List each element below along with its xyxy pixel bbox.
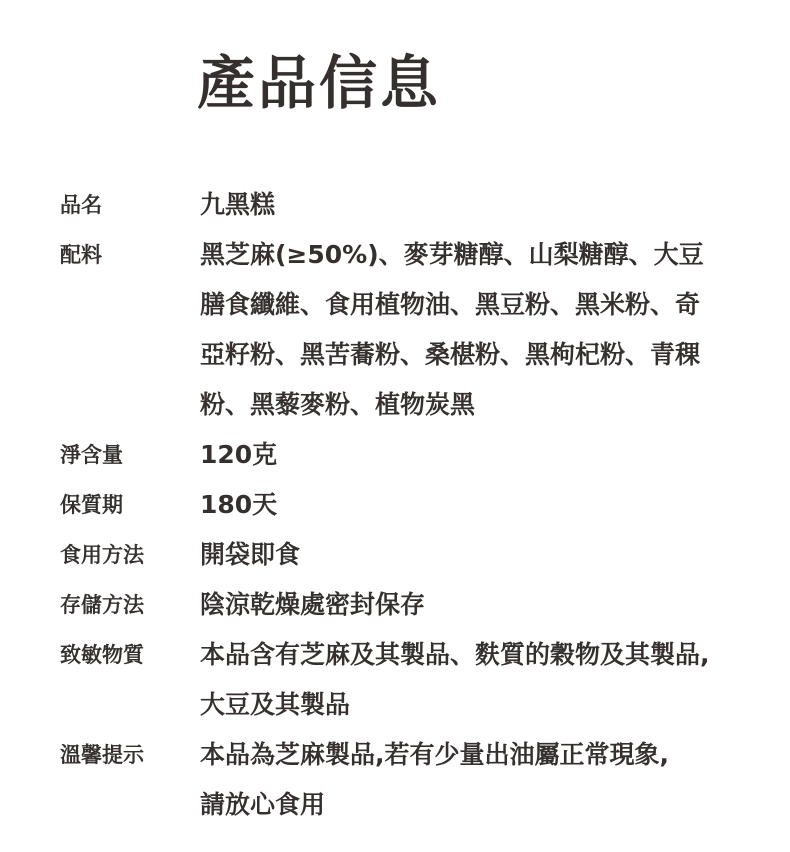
- info-label: 保質期: [60, 480, 200, 530]
- info-value: 九黑糕: [200, 180, 740, 230]
- info-label: 淨含量: [60, 430, 200, 480]
- info-label: 溫馨提示: [60, 730, 200, 780]
- info-label: 存儲方法: [60, 580, 200, 630]
- info-row-net-content: 淨含量 120克: [60, 430, 740, 480]
- info-row-tips: 溫馨提示 本品為芝麻製品,若有少量出油屬正常現象, 請放心食用: [60, 730, 740, 830]
- info-value: 180天: [200, 480, 740, 530]
- page-title: 產品信息: [197, 48, 790, 118]
- info-value: 黑芝麻(≥50%)、麥芽糖醇、山梨糖醇、大豆 膳食纖維、食用植物油、黑豆粉、黑米…: [200, 230, 740, 430]
- product-info-table: 品名 九黑糕 配料 黑芝麻(≥50%)、麥芽糖醇、山梨糖醇、大豆 膳食纖維、食用…: [60, 180, 740, 830]
- info-value: 本品含有芝麻及其製品、麩質的穀物及其製品, 大豆及其製品: [200, 630, 740, 730]
- info-row-ingredients: 配料 黑芝麻(≥50%)、麥芽糖醇、山梨糖醇、大豆 膳食纖維、食用植物油、黑豆粉…: [60, 230, 740, 430]
- info-row-usage: 食用方法 開袋即食: [60, 530, 740, 580]
- info-label: 配料: [60, 230, 200, 280]
- info-label: 致敏物質: [60, 630, 200, 680]
- info-label: 食用方法: [60, 530, 200, 580]
- info-value: 120克: [200, 430, 740, 480]
- info-row-shelf-life: 保質期 180天: [60, 480, 740, 530]
- info-label: 品名: [60, 180, 200, 230]
- info-row-product-name: 品名 九黑糕: [60, 180, 740, 230]
- info-row-storage: 存儲方法 陰涼乾燥處密封保存: [60, 580, 740, 630]
- info-value: 陰涼乾燥處密封保存: [200, 580, 740, 630]
- info-value: 開袋即食: [200, 530, 740, 580]
- info-row-allergens: 致敏物質 本品含有芝麻及其製品、麩質的穀物及其製品, 大豆及其製品: [60, 630, 740, 730]
- info-value: 本品為芝麻製品,若有少量出油屬正常現象, 請放心食用: [200, 730, 740, 830]
